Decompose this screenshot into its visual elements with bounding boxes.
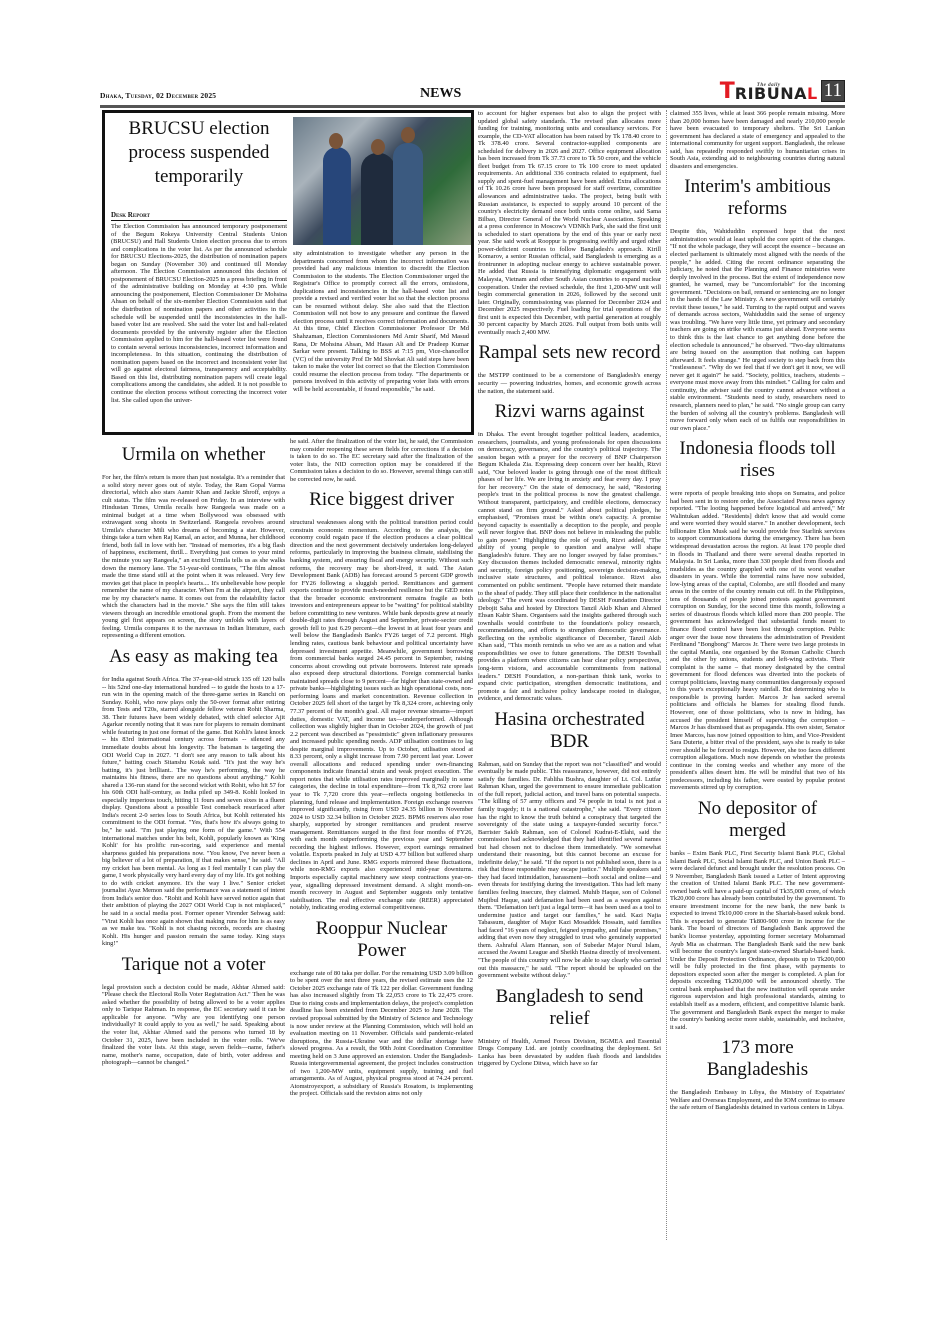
headline-rizvi: Rizvi warns against [478, 401, 661, 423]
article-body: he said. After the finalization of the v… [290, 438, 473, 483]
headline-tarique: Tarique not a voter [102, 954, 285, 976]
masthead-rule [100, 105, 845, 108]
headline-libya: 173 more Bangladeshis [670, 1037, 845, 1081]
article-body: claimed 355 lives, while at least 366 pe… [670, 110, 845, 170]
headline-hasina: Hasina orchestrated BDR [478, 709, 661, 753]
lead-photo [293, 117, 471, 245]
photo-person [323, 147, 351, 245]
article-body: For her, the film's return is more than … [102, 474, 285, 640]
article-body: Rahman, said on Sunday that the report w… [478, 761, 661, 980]
article-body: for India against South Africa. The 37-y… [102, 676, 285, 948]
headline-kohli: As easy as making tea [102, 646, 285, 668]
article-body: legal provision such a decision could be… [102, 984, 285, 1067]
page-number: 11 [821, 80, 845, 102]
photo-person-head [401, 127, 415, 143]
article-body: banks – Exim Bank PLC, First Security Is… [670, 850, 845, 1031]
headline-relief: Bangladesh to send relief [478, 986, 661, 1030]
column-3: to account for higher expenses but also … [478, 110, 661, 1260]
lead-body-col2: sity administration to investigate wheth… [293, 250, 469, 428]
photo-person-head [329, 133, 343, 149]
logo-prefix: The daily [757, 78, 781, 94]
column-2: he said. After the finalization of the v… [290, 438, 473, 1258]
headline-merged: No depositor of merged [670, 798, 845, 842]
article-body: exchange rate of 80 taka per dollar. For… [290, 970, 473, 1098]
dateline: Dhaka, Tuesday, 02 December 2025 [100, 91, 216, 100]
lead-story: BRUCSU election process suspended tempor… [102, 110, 474, 435]
photo-person [393, 143, 423, 245]
byline: Desk Report [111, 211, 287, 221]
headline-interim: Interim's ambitious reforms [670, 176, 845, 220]
article-body: Ministry of Health, Armed Forces Divisio… [478, 1038, 661, 1068]
article-body: to account for higher expenses but also … [478, 110, 661, 336]
headline-rice: Rice biggest driver [290, 489, 473, 511]
headline-rooppur: Rooppur Nuclear Power [290, 918, 473, 962]
headline-urmila: Urmila on whether [102, 444, 285, 466]
photo-person [361, 153, 395, 245]
column-4: claimed 355 lives, while at least 366 pe… [670, 110, 845, 1260]
logo-wordmark: The daily RIBUNAL [735, 86, 818, 102]
headline-indonesia: Indonesia floods toll rises [670, 438, 845, 482]
article-body: in Dhaka. The event brought together pol… [478, 431, 661, 703]
newspaper-logo: T The daily RIBUNAL 11 [720, 80, 845, 102]
column-1: Urmila on whether For her, the film's re… [102, 438, 285, 1258]
logo-first-letter: T [720, 82, 735, 102]
newspaper-page: Dhaka, Tuesday, 02 December 2025 NEWS T … [100, 80, 845, 1260]
article-body: Despite this, Wahiduddin expressed hope … [670, 228, 845, 432]
article-body: the Bangladesh Embassy in Libya, the Min… [670, 1089, 845, 1112]
column-divider [666, 110, 667, 1240]
photo-person-head [371, 139, 385, 155]
article-body: structural weaknesses along with the pol… [290, 519, 473, 911]
masthead: Dhaka, Tuesday, 02 December 2025 NEWS T … [100, 80, 845, 104]
headline-rampal: Rampal sets new record [478, 342, 661, 364]
lead-body-col1: The Election Commission has announced te… [111, 223, 287, 428]
lead-headline: BRUCSU election process suspended tempor… [111, 117, 287, 189]
section-title: NEWS [420, 86, 461, 102]
article-body: the MSTPP continued to be a cornerstone … [478, 372, 661, 395]
article-body: were reports of people breaking into sho… [670, 490, 845, 792]
